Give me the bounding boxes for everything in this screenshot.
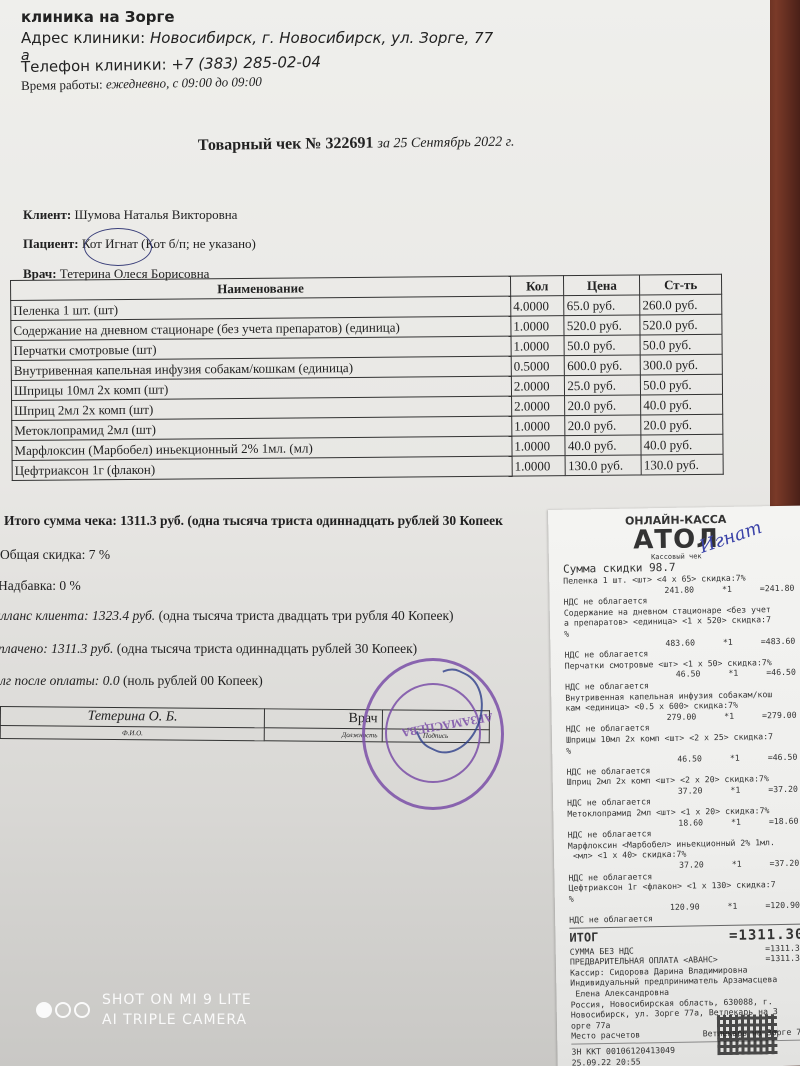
item-price: 520.0 руб.	[564, 315, 640, 336]
name-caption: Ф.И.О.	[0, 726, 264, 741]
receipt-entry-amount: 46.50	[677, 753, 702, 764]
client-balance: алланс клиента: 1323.4 руб. (одна тысяча…	[0, 608, 454, 624]
item-price: 20.0 руб.	[565, 415, 641, 436]
receipt-total-value: =1311.30	[729, 926, 800, 943]
receipt-entry-total: =46.50	[766, 667, 796, 678]
receipt-entry: НДС не облагаетсяЦефтриаксон 1г <флакон>…	[568, 868, 800, 914]
paid-value: 1311.3 руб.	[51, 641, 113, 656]
balance-words: (одна тысяча триста двадцать три рубля 4…	[159, 608, 454, 623]
item-price: 50.0 руб.	[564, 335, 640, 356]
receipt-entry-total: =279.00	[762, 709, 797, 720]
item-qty: 4.0000	[511, 296, 565, 316]
qr-code	[717, 1014, 778, 1055]
markup-value: 0 %	[59, 578, 80, 593]
debt-after-payment: лг после оплаты: 0.0 (ноль рублей 00 Коп…	[0, 673, 263, 689]
watermark-line-1: SHOT ON MI 9 LITE	[102, 990, 252, 1010]
balance-value: 1323.4 руб.	[92, 608, 155, 623]
total-sum: Итого сумма чека: 1311.3 руб. (одна тыся…	[4, 513, 503, 529]
receipt-entry-total: =120.90	[765, 900, 800, 911]
items-table: Наименование Кол Цена Ст-ть Пеленка 1 шт…	[10, 274, 724, 481]
receipt-body: Сумма скидки 98.7 Пеленка 1 шт. <шт> <4 …	[549, 559, 800, 1066]
client-info: Клиент: Шумова Наталья Викторовна	[23, 207, 237, 223]
signer-name: Тетерина О. Б.	[0, 707, 265, 728]
receipt-entry-mult: *1	[730, 785, 740, 796]
item-price: 600.0 руб.	[565, 355, 641, 376]
receipt-entry: Пеленка 1 шт. <шт> <4 x 65> скидка:7%241…	[563, 572, 798, 597]
place-label: Место расчетов	[571, 1030, 640, 1042]
clinic-phone: Телефон клиники: +7 (383) 285-02-04	[21, 53, 321, 76]
document-date: за 25 Сентябрь 2022 г.	[377, 135, 514, 152]
receipt-entry-amount: 120.90	[670, 902, 700, 913]
clinic-address-label: Адрес клиники:	[21, 29, 145, 47]
item-qty: 0.5000	[511, 356, 565, 376]
receipt-entry: НДС не облагаетсяШприц 2мл 2х комп <шт> …	[566, 762, 800, 798]
header-qty: Кол	[510, 276, 564, 296]
receipt-entry-total: =241.80	[760, 582, 795, 593]
item-price: 40.0 руб.	[565, 435, 641, 456]
item-cost: 520.0 руб.	[640, 314, 722, 335]
receipt-entry: НДС не облагаетсяМетоклопрамид 2мл <шт> …	[567, 794, 800, 830]
markup: Надбавка: 0 %	[0, 578, 81, 594]
pen-circle-mark	[84, 228, 152, 266]
discount-value: 7 %	[89, 547, 110, 562]
item-cost: 20.0 руб.	[641, 414, 723, 435]
item-cost: 260.0 руб.	[640, 294, 722, 315]
item-qty: 2.0000	[511, 376, 565, 396]
receipt-entry: НДС не облагаетсяВнутривенная капельная …	[565, 678, 800, 724]
receipt-entry-mult: *1	[732, 859, 742, 870]
receipt-entry-total: =483.60	[761, 635, 796, 646]
item-qty: 1.0000	[511, 316, 565, 336]
clinic-hours-value: ежедневно, с 09:00 до 09:00	[106, 74, 262, 92]
document-number: Товарный чек № 322691	[198, 135, 374, 154]
receipt-entry: НДС не облагаетсяСодержание на дневном с…	[564, 593, 800, 650]
clinic-address: Адрес клиники: Новосибирск, г. Новосибир…	[21, 29, 493, 47]
patient-label: Пациент:	[23, 236, 79, 251]
watermark-text: SHOT ON MI 9 LITE AI TRIPLE CAMERA	[102, 990, 252, 1030]
receipt-entry-total: =18.60	[769, 815, 799, 826]
receipt-entry: НДС не облагаетсяПерчатки смотровые <шт>…	[564, 646, 800, 682]
camera-logo-icon	[36, 1002, 90, 1018]
item-price: 65.0 руб.	[564, 295, 640, 316]
receipt-entry-amount: 37.20	[679, 859, 704, 870]
total-sum-value: 1311.3 руб. (одна тысяча триста одиннадц…	[120, 513, 503, 528]
discount: Общая скидка: 7 %	[0, 547, 110, 563]
debt-label: лг после оплаты:	[0, 673, 99, 688]
receipt-entries: Пеленка 1 шт. <шт> <4 x 65> скидка:7%241…	[563, 572, 800, 915]
header-price: Цена	[564, 275, 640, 296]
item-price: 20.0 руб.	[565, 395, 641, 416]
clinic-address-value: Новосибирск, г. Новосибирск, ул. Зорге, …	[150, 29, 493, 47]
cash-receipt: ОНЛАЙН-КАССА АТОЛ Кассовый чек Игнат Сум…	[548, 506, 800, 1066]
receipt-entry-total: =37.20	[768, 784, 798, 795]
item-cost: 50.0 руб.	[641, 374, 723, 395]
paid-label: плачено:	[0, 641, 48, 656]
clinic-phone-label: Телефон клиники:	[21, 55, 167, 76]
discount-label: Общая скидка:	[0, 547, 85, 562]
item-qty: 2.0000	[511, 396, 565, 416]
item-cost: 300.0 руб.	[640, 354, 722, 375]
receipt-entry-mult: *1	[731, 816, 741, 827]
debt-words: (ноль рублей 00 Копеек)	[123, 673, 263, 688]
receipt-entry: НДС не облагаетсяМарфлоксин <Марбобел> и…	[568, 826, 800, 872]
paid: плачено: 1311.3 руб. (одна тысяча триста…	[0, 641, 417, 657]
receipt-total-label: ИТОГ	[569, 930, 598, 947]
item-cost: 50.0 руб.	[640, 334, 722, 355]
prepay-value: =1311.30	[765, 953, 800, 964]
receipt-entry-mult: *1	[723, 636, 733, 647]
markup-label: Надбавка:	[0, 578, 56, 593]
debt-value: 0.0	[103, 673, 120, 688]
receipt-entry-amount: 279.00	[667, 711, 697, 722]
receipt-entry-total: =37.20	[770, 858, 800, 869]
no-vat-value: =1311.30	[765, 942, 800, 953]
client-value: Шумова Наталья Викторовна	[74, 207, 237, 222]
total-sum-label: Итого сумма чека:	[4, 513, 117, 528]
balance-label: алланс клиента:	[0, 608, 89, 623]
clinic-hours-label: Время работы:	[21, 77, 103, 93]
item-name: Цефтриаксон 1г (флакон)	[12, 456, 512, 480]
receipt-entry-mult: *1	[722, 583, 732, 594]
item-cost: 40.0 руб.	[641, 434, 723, 455]
item-qty: 1.0000	[512, 456, 566, 476]
clinic-phone-value: +7 (383) 285-02-04	[171, 53, 321, 74]
clinic-hours: Время работы: ежедневно, с 09:00 до 09:0…	[21, 74, 262, 94]
item-price: 25.0 руб.	[565, 375, 641, 396]
paid-words: (одна тысяча триста одиннадцать рублей 3…	[117, 641, 417, 656]
receipt-entry-amount: 18.60	[678, 817, 703, 828]
patient-details: (Кот б/п; не указано)	[141, 236, 256, 251]
receipt-entry-amount: 241.80	[664, 584, 694, 595]
item-cost: 40.0 руб.	[641, 394, 723, 415]
document-title: Товарный чек № 322691 за 25 Сентябрь 202…	[198, 133, 515, 155]
receipt-entry-mult: *1	[728, 668, 738, 679]
camera-watermark: SHOT ON MI 9 LITE AI TRIPLE CAMERA	[36, 990, 252, 1030]
receipt-entry-amount: 46.50	[676, 669, 701, 680]
client-label: Клиент:	[23, 207, 71, 222]
item-cost: 130.0 руб.	[641, 454, 723, 475]
receipt-entry-mult: *1	[727, 901, 737, 912]
receipt-entry-mult: *1	[730, 753, 740, 764]
receipt-entry-mult: *1	[724, 711, 734, 722]
header-cost: Ст-ть	[640, 274, 722, 295]
item-qty: 1.0000	[511, 336, 565, 356]
watermark-line-2: AI TRIPLE CAMERA	[102, 1010, 252, 1030]
item-qty: 1.0000	[512, 436, 566, 456]
receipt-entry: НДС не облагаетсяШприцы 10мл 2х комп <шт…	[566, 720, 800, 766]
receipt-entry-amount: 37.20	[678, 785, 703, 796]
item-price: 130.0 руб.	[565, 455, 641, 476]
clinic-name: клиника на Зорге	[21, 8, 175, 26]
receipt-entry-amount: 483.60	[665, 637, 695, 648]
item-qty: 1.0000	[512, 416, 566, 436]
receipt-entry-total: =46.50	[768, 752, 798, 763]
